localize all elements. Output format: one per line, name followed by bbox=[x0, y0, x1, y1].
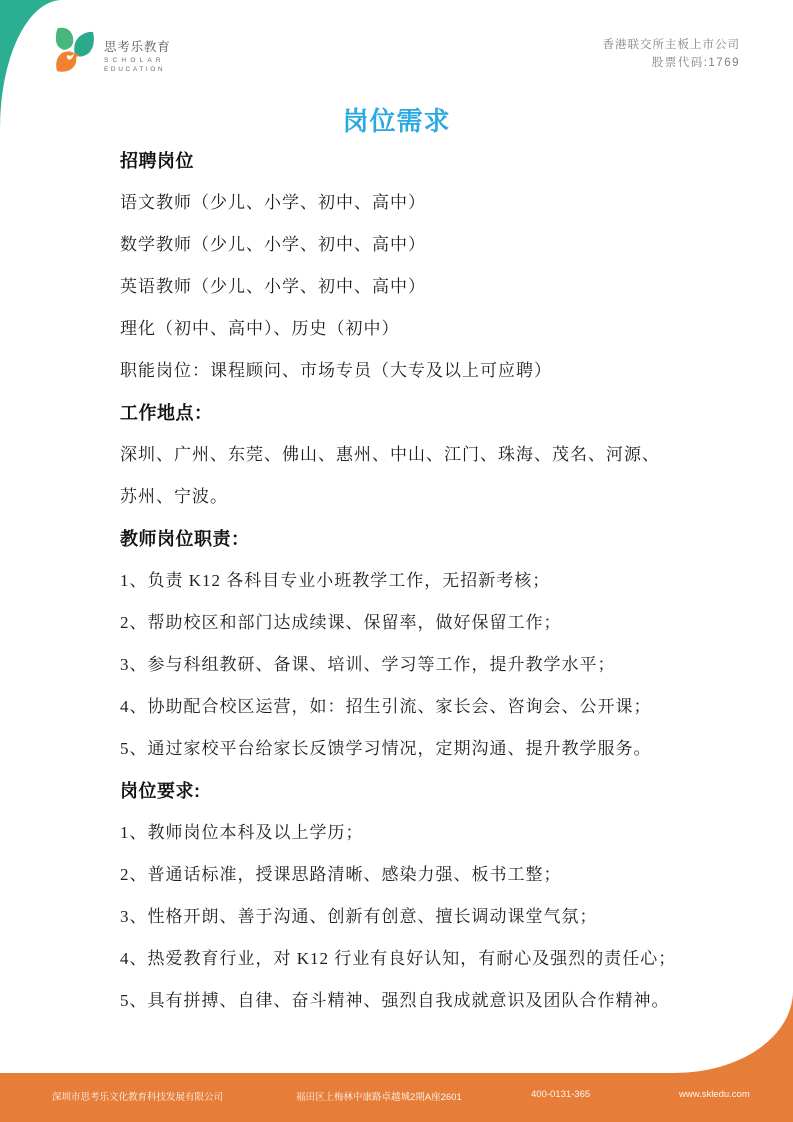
scholar-education-logo-icon bbox=[52, 25, 100, 75]
brand-name-en-line2: EDUCATION bbox=[104, 66, 171, 73]
listing-line: 香港联交所主板上市公司 bbox=[603, 36, 741, 54]
section-heading-positions: 招聘岗位 bbox=[120, 140, 682, 182]
brand-name-en-line1: SCHOLAR bbox=[104, 57, 171, 64]
page-title: 岗位需求 bbox=[0, 101, 793, 138]
footer-address: 福田区上梅林中康路卓越城2期A座2601 bbox=[296, 1089, 462, 1103]
requirement-item: 1、教师岗位本科及以上学历； bbox=[120, 812, 682, 854]
position-line: 英语教师（少儿、小学、初中、高中） bbox=[120, 266, 682, 308]
position-line: 语文教师（少儿、小学、初中、高中） bbox=[120, 182, 682, 224]
requirement-item: 4、热爱教育行业，对 K12 行业有良好认知，有耐心及强烈的责任心； bbox=[120, 938, 682, 980]
stock-code: 股票代码:1769 bbox=[603, 54, 741, 72]
document-page: 思考乐教育 SCHOLAR EDUCATION 香港联交所主板上市公司 股票代码… bbox=[0, 0, 793, 1122]
requirement-item: 2、普通话标准，授课思路清晰、感染力强、板书工整； bbox=[120, 854, 682, 896]
job-description-content: 招聘岗位 语文教师（少儿、小学、初中、高中） 数学教师（少儿、小学、初中、高中）… bbox=[120, 140, 682, 1022]
duty-item: 4、协助配合校区运营，如：招生引流、家长会、咨询会、公开课； bbox=[120, 686, 682, 728]
position-line: 理化（初中、高中）、历史（初中） bbox=[120, 308, 682, 350]
brand-text-block: 思考乐教育 SCHOLAR EDUCATION bbox=[104, 37, 171, 73]
position-line: 数学教师（少儿、小学、初中、高中） bbox=[120, 224, 682, 266]
section-heading-teacher-duties: 教师岗位职责： bbox=[120, 518, 682, 560]
duty-item: 1、负责 K12 各科目专业小班教学工作，无招新考核； bbox=[120, 560, 682, 602]
requirement-item: 5、具有拼搏、自律、奋斗精神、强烈自我成就意识及团队合作精神。 bbox=[120, 980, 682, 1022]
section-heading-locations: 工作地点： bbox=[120, 392, 682, 434]
footer-phone: 400-0131-365 bbox=[531, 1089, 590, 1100]
footer-website: www.skledu.com bbox=[679, 1089, 750, 1100]
footer-company-name: 深圳市思考乐文化教育科技发展有限公司 bbox=[52, 1089, 223, 1103]
duty-item: 3、参与科组教研、备课、培训、学习等工作，提升教学水平； bbox=[120, 644, 682, 686]
requirement-item: 3、性格开朗、善于沟通、创新有创意、擅长调动课堂气氛； bbox=[120, 896, 682, 938]
position-line: 职能岗位：课程顾问、市场专员（大专及以上可应聘） bbox=[120, 350, 682, 392]
footer-bar: 深圳市思考乐文化教育科技发展有限公司 福田区上梅林中康路卓越城2期A座2601 … bbox=[0, 1073, 793, 1122]
location-line: 深圳、广州、东莞、佛山、惠州、中山、江门、珠海、茂名、河源、 bbox=[120, 434, 682, 476]
brand-name-cn: 思考乐教育 bbox=[104, 37, 171, 55]
duty-item: 5、通过家校平台给家长反馈学习情况，定期沟通、提升教学服务。 bbox=[120, 728, 682, 770]
duty-item: 2、帮助校区和部门达成续课、保留率，做好保留工作； bbox=[120, 602, 682, 644]
listing-info: 香港联交所主板上市公司 股票代码:1769 bbox=[603, 36, 741, 72]
section-heading-requirements: 岗位要求: bbox=[120, 770, 682, 812]
location-line: 苏州、宁波。 bbox=[120, 476, 682, 518]
